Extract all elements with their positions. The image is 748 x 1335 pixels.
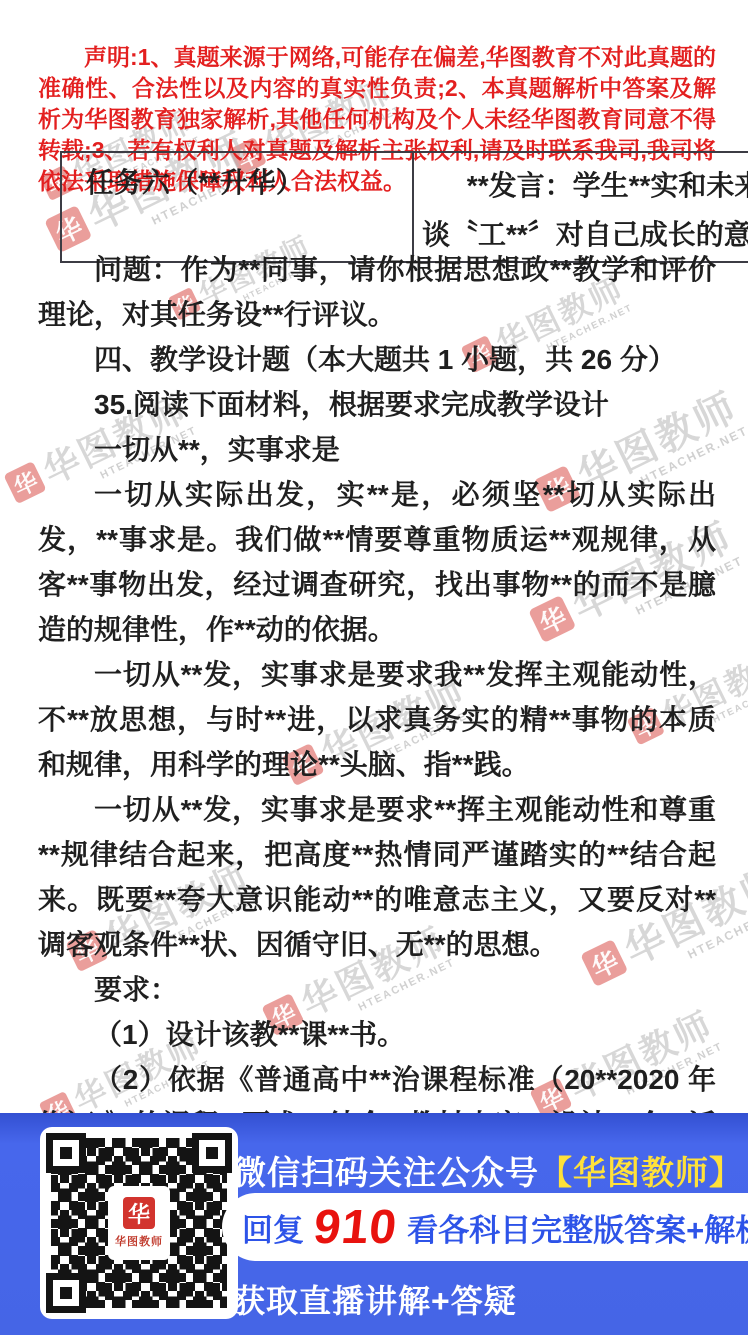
table-cell-description-line1: **发言：学生**实和未来， (422, 161, 748, 210)
reply-benefit-text: 看各科目完整版答案+解析 (407, 1205, 748, 1250)
banner-follow-line: 微信扫码关注公众号【华图教师】 (233, 1147, 743, 1194)
qr-finder-icon (46, 1273, 86, 1313)
watermark-domain: HTEACHER.NET (711, 674, 748, 724)
qr-finder-icon (192, 1133, 232, 1173)
promo-banner: 华 华图教师 微信扫码关注公众号【华图教师】 回复 910 看各科目完整版答案+… (0, 1113, 748, 1335)
reply-code: 910 (311, 1200, 400, 1255)
disclaimer-label: 声明: (84, 44, 138, 70)
qr-center-logo: 华 华图教师 (108, 1186, 170, 1260)
huatu-logo-text: 华图教师 (115, 1233, 163, 1249)
paragraph: 问题：作为**同事，请你根据思想政**教学和评价理论，对其任务设**行评议。 (38, 247, 716, 337)
table-cell-task: 任务六（**升华） (61, 152, 413, 262)
document-body: 问题：作为**同事，请你根据思想政**教学和评价理论，对其任务设**行评议。四、… (38, 247, 716, 1192)
huatu-logo-icon: 华 (123, 1197, 155, 1229)
reply-label: 回复 (242, 1205, 304, 1250)
reply-code-pill: 回复 910 看各科目完整版答案+解析 (222, 1193, 748, 1261)
paragraph: 一切从**，实事求是 (38, 427, 716, 472)
document-page: 华华图教师HTEACHER.NET华华图教师HTEACHER.NET华华图教师H… (0, 0, 748, 1335)
paragraph: 35.阅读下面材料，根据要求完成教学设计 (38, 382, 716, 427)
banner-brand-highlight: 【华图教师】 (539, 1154, 743, 1191)
table-row: 任务六（**升华） **发言：学生**实和未来， 谈〝工**〞对自己成长的意义 (61, 152, 748, 262)
paragraph: 一切从**发，实事求是要求**挥主观能动性和尊重**规律结合起来，把高度**热情… (38, 787, 716, 967)
qr-code: 华 华图教师 (40, 1127, 238, 1319)
paragraph: 要求： (38, 967, 716, 1012)
banner-follow-prefix: 微信扫码关注公众号 (233, 1154, 539, 1191)
paragraph: 一切从实际出发，实**是，必须坚**切从实际出发，**事求是。我们做**情要尊重… (38, 472, 716, 652)
section-heading: 四、教学设计题（本大题共 1 小题，共 26 分） (38, 337, 716, 382)
table-cell-description: **发言：学生**实和未来， 谈〝工**〞对自己成长的意义 (413, 152, 748, 262)
paragraph: 一切从**发，实事求是要求我**发挥主观能动性，不**放思想，与时**进，以求真… (38, 652, 716, 787)
banner-live-line: 获取直播讲解+答疑 (233, 1276, 517, 1322)
qr-finder-icon (46, 1133, 86, 1173)
paragraph: （1）设计该教**课**书。 (38, 1012, 716, 1057)
